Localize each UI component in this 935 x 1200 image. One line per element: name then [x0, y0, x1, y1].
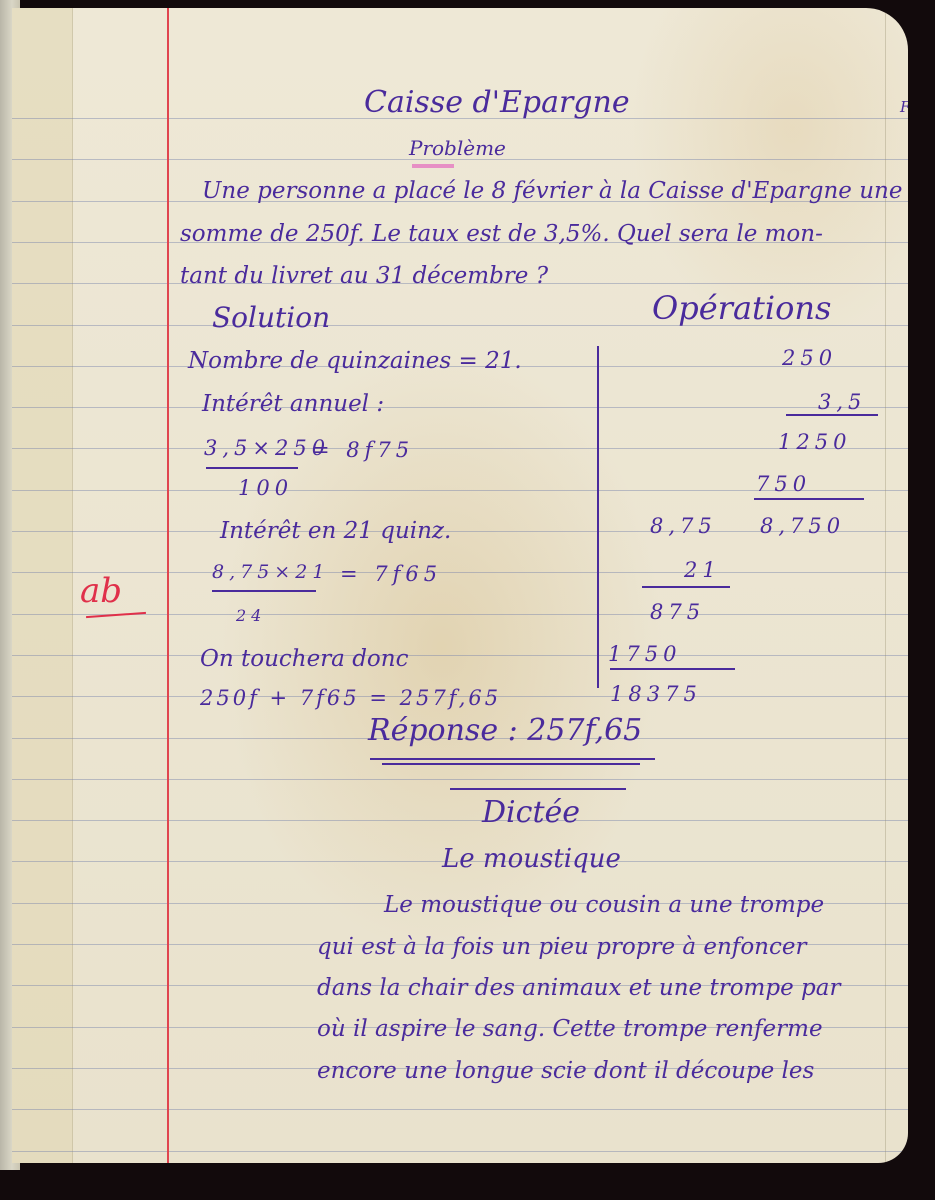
dictation-heading: Dictée — [482, 798, 580, 828]
ruled-line — [12, 1151, 908, 1152]
ruled-line — [12, 820, 908, 821]
mult1-result-bar — [754, 498, 864, 500]
fraction2-result: = 7f65 — [340, 564, 442, 585]
answer: Réponse : 257f,65 — [368, 716, 642, 746]
dictation-line-4: où il aspire le sang. Cette trompe renfe… — [317, 1018, 823, 1041]
dictation-title: Le moustique — [442, 846, 621, 872]
mult2-partial1: 875 — [650, 602, 705, 623]
mult2-result-bar — [610, 668, 735, 670]
mult1-partial2: 750 — [756, 474, 811, 495]
margin-grade: ab — [80, 574, 122, 608]
solution-heading: Solution — [212, 304, 330, 332]
fraction2-bar — [212, 590, 316, 592]
corner-mark: F — [900, 100, 908, 115]
mult1-top: 250 — [782, 348, 837, 369]
ruled-line — [12, 407, 908, 408]
dictation-line-1: Le moustique ou cousin a une trompe — [384, 894, 824, 917]
problem-line-3: tant du livret au 31 décembre ? — [180, 265, 548, 288]
mult1-multiplier: 3,5 — [818, 392, 866, 413]
mult2-bar — [642, 586, 730, 588]
answer-underline-2 — [382, 763, 640, 765]
quinzaines-line: Nombre de quinzaines = 21. — [188, 350, 522, 373]
mult2-multiplier: 21 — [684, 560, 721, 581]
fraction1-result: = 8f75 — [312, 440, 414, 461]
ruled-line — [12, 779, 908, 780]
binding-strip — [12, 8, 73, 1163]
problem-line-2: somme de 250f. Le taux est de 3,5%. Quel… — [180, 223, 823, 246]
red-margin-line — [167, 8, 169, 1163]
touchera-label: On touchera donc — [200, 648, 408, 671]
problem-subtitle: Problème — [409, 138, 506, 158]
operations-heading: Opérations — [652, 292, 831, 324]
mult1-partial1: 1250 — [778, 432, 851, 453]
dictation-line-2: qui est à la fois un pieu propre à enfon… — [317, 936, 806, 959]
mult2-partial2: 1750 — [608, 644, 681, 665]
mult1-bar — [786, 414, 878, 416]
fraction2-numerator: 8,75×21 — [212, 563, 329, 582]
section-separator — [450, 788, 626, 790]
mult2-top: 8,75 — [650, 516, 717, 537]
interet-21-label: Intérêt en 21 quinz. — [220, 520, 451, 543]
problem-line-1: Une personne a placé le 8 février à la C… — [202, 180, 902, 203]
ruled-line — [12, 655, 908, 656]
fraction1-bar — [206, 467, 298, 469]
operations-divider — [597, 346, 599, 688]
pink-underline — [412, 164, 454, 168]
mult1-result: 8,750 — [760, 516, 845, 537]
interet-annuel-label: Intérêt annuel : — [202, 393, 384, 416]
page-title: Caisse d'Epargne — [364, 88, 630, 118]
notebook-page: Caisse d'Epargne Problème F Une personne… — [12, 8, 908, 1163]
fraction2-denominator: 24 — [236, 608, 266, 624]
answer-underline-1 — [370, 758, 655, 760]
total-calculation: 250f + 7f65 = 257f,65 — [200, 688, 501, 709]
ruled-line — [12, 448, 908, 449]
fraction1-denominator: 100 — [238, 478, 293, 499]
ruled-line — [12, 1109, 908, 1110]
ruled-line — [12, 614, 908, 615]
dictation-line-3: dans la chair des animaux et une trompe … — [317, 977, 840, 1000]
dictation-line-5: encore une longue scie dont il découpe l… — [317, 1060, 814, 1083]
mult2-result: 18375 — [610, 684, 702, 705]
ruled-line — [12, 572, 908, 573]
